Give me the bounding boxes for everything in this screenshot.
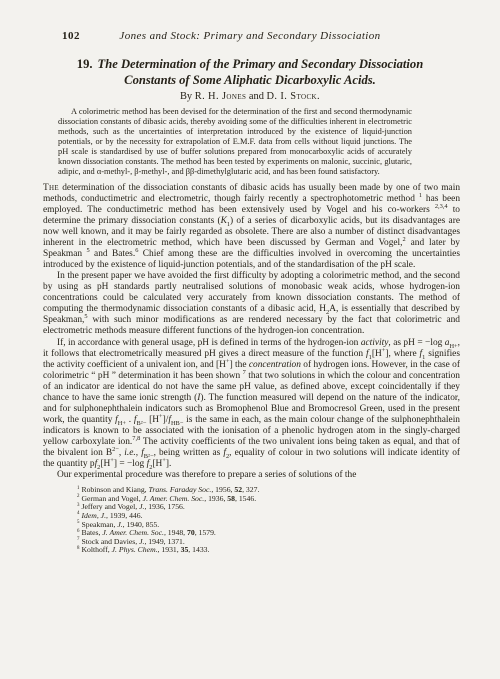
footnote: 8Kolthoff, J. Phys. Chem., 1931, 35, 143…	[77, 546, 500, 555]
article-title: 19.The Determination of the Primary and …	[74, 57, 426, 88]
footnote-text: Kolthoff, J. Phys. Chem., 1931, 35, 1433…	[81, 545, 209, 554]
paragraph-2: In the present paper we have avoided the…	[43, 271, 460, 337]
paragraph-lead-word: The	[43, 183, 59, 193]
page-number: 102	[62, 30, 80, 43]
footnote-marker: 1	[77, 486, 79, 491]
footnote-marker: 5	[77, 520, 79, 525]
paragraph-1-text: determination of the dissociation consta…	[43, 183, 460, 270]
abstract-paragraph: A colorimetric method has been devised f…	[58, 107, 412, 177]
running-head: 102 Jones and Stock: Primary and Seconda…	[0, 30, 500, 44]
article-number: 19.	[77, 57, 93, 71]
paragraph-4: Our experimental procedure was therefore…	[43, 470, 460, 481]
footnotes: 1Robinson and Kiang, Trans. Faraday Soc.…	[77, 486, 500, 555]
journal-page: 102 Jones and Stock: Primary and Seconda…	[0, 0, 500, 679]
byline-prefix: By	[180, 91, 192, 102]
footnote-marker: 6	[77, 529, 79, 534]
paragraph-3: If, in accordance with general usage, pH…	[43, 338, 460, 471]
byline-author-1: R. H. Jones	[195, 91, 247, 102]
byline-author-2: D. I. Stock.	[267, 91, 320, 102]
footnote-marker: 2	[77, 494, 79, 499]
footnote-marker: 4	[77, 511, 79, 516]
byline: By R. H. Jones and D. I. Stock.	[74, 91, 426, 103]
article-title-text: The Determination of the Primary and Sec…	[98, 57, 424, 87]
byline-conjunction: and	[249, 91, 264, 102]
title-block: 19.The Determination of the Primary and …	[74, 57, 426, 103]
article-body: The determination of the dissociation co…	[43, 183, 460, 481]
footnote-marker: 8	[77, 546, 79, 551]
footnote-marker: 3	[77, 503, 79, 508]
footnote-marker: 7	[77, 537, 79, 542]
paragraph-1: The determination of the dissociation co…	[43, 183, 460, 271]
abstract: A colorimetric method has been devised f…	[58, 107, 412, 177]
